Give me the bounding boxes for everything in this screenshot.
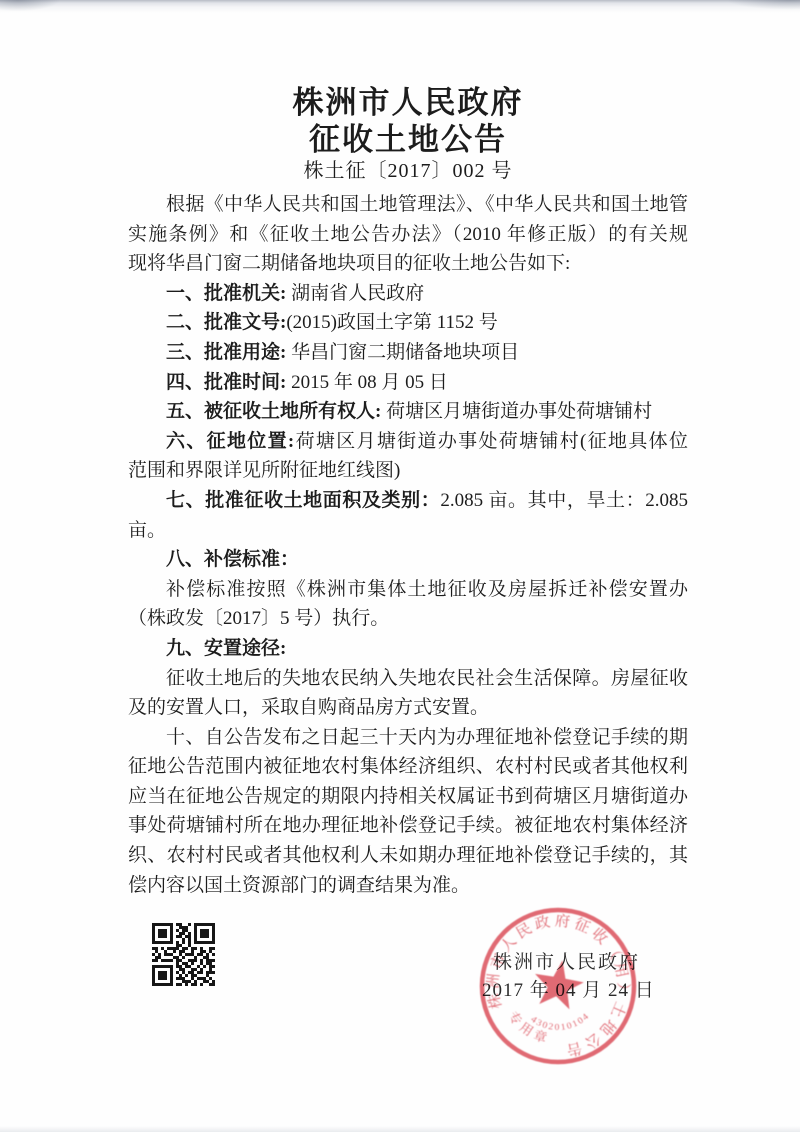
item-label: 二、批准文号: [166, 312, 286, 333]
line-text: 根据《中华人民共和国土地管理法》、《中华人民共和国土地管理 [128, 194, 688, 220]
qr-module [212, 983, 215, 986]
scanned-document-page: 株洲市人民政府 征收土地公告 株土征〔2017〕002 号 根据《中华人民共和国… [0, 0, 800, 1132]
body-line: 根据《中华人民共和国土地管理法》、《中华人民共和国土地管理 [128, 190, 688, 220]
item-value: 2.085 亩。其中，旱土：2.085 [440, 490, 688, 511]
line-text: （株政发〔2017〕5 号）执行。 [128, 608, 389, 629]
line-text: 应当在征地公告规定的期限内持相关权属证书到荷塘区月塘街道办 [128, 786, 688, 807]
body-line-item-7: 七、批准征收土地面积及类别：2.085 亩。其中，旱土：2.085 [128, 486, 688, 516]
line-text: 偿内容以国土资源部门的调查结果为准。 [128, 875, 470, 896]
document-title-line1: 株洲市人民政府 [128, 84, 688, 121]
item-label: 四、批准时间: [166, 372, 286, 393]
body-line: （株政发〔2017〕5 号）执行。 [128, 604, 688, 634]
body-line: 应当在征地公告规定的期限内持相关权属证书到荷塘区月塘街道办 [128, 782, 688, 812]
body-line-item-10: 十、自公告发布之日起三十天内为办理征地补偿登记手续的期限。 [128, 723, 688, 753]
body-line: 亩。 [128, 516, 688, 546]
item-value: 荷塘区月塘街道办事处荷塘铺村 [381, 401, 652, 422]
body-line-item-2: 二、批准文号:(2015)政国土字第 1152 号 [128, 308, 688, 338]
scan-edge-artifact-bottom [0, 1126, 800, 1132]
document-title-line2: 征收土地公告 [128, 121, 688, 158]
line-text: 事处荷塘铺村所在地办理征地补偿登记手续。被征地农村集体经济组 [128, 815, 688, 841]
document-number: 株土征〔2017〕002 号 [128, 158, 688, 184]
line-text: 十、自公告发布之日起三十天内为办理征地补偿登记手续的期限。 [128, 727, 688, 753]
body-line: 现将华昌门窗二期储备地块项目的征收土地公告如下: [128, 249, 688, 279]
line-text: 亩。 [128, 520, 166, 541]
qr-code [152, 923, 215, 986]
body-line-item-5: 五、被征收土地所有权人: 荷塘区月塘街道办事处荷塘铺村 [128, 397, 688, 427]
seal-star-icon [530, 956, 587, 1011]
document-body: 根据《中华人民共和国土地管理法》、《中华人民共和国土地管理 实施条例》和《征收土… [128, 190, 688, 900]
body-line: 事处荷塘铺村所在地办理征地补偿登记手续。被征地农村集体经济组 [128, 811, 688, 841]
item-value: 华昌门窗二期储备地块项目 [286, 342, 519, 363]
body-line: 实施条例》和《征收土地公告办法》（2010 年修正版）的有关规定， [128, 220, 688, 250]
line-text: 范围和界限详见所附征地红线图) [128, 460, 400, 481]
line-text: 现将华昌门窗二期储备地块项目的征收土地公告如下: [128, 253, 570, 274]
body-line-item-4: 四、批准时间: 2015 年 08 月 05 日 [128, 368, 688, 398]
line-text: 实施条例》和《征收土地公告办法》（2010 年修正版）的有关规定， [128, 224, 688, 250]
line-text: 织、农村村民或者其他权利人未如期办理征地补偿登记手续的，其补 [128, 845, 688, 871]
item-label: 七、批准征收土地面积及类别： [166, 490, 440, 511]
body-line: 征收土地后的失地农民纳入失地农民社会生活保障。房屋征收涉 [128, 664, 688, 694]
body-line: 偿内容以国土资源部门的调查结果为准。 [128, 871, 688, 901]
item-label: 五、被征收土地所有权人: [166, 401, 381, 422]
body-line-item-8: 八、补偿标准： [128, 545, 688, 575]
item-label: 六、征地位置: [166, 431, 294, 452]
body-line: 及的安置人口，采取自购商品房方式安置。 [128, 693, 688, 723]
body-line-item-3: 三、批准用途: 华昌门窗二期储备地块项目 [128, 338, 688, 368]
line-text: 补偿标准按照《株洲市集体土地征收及房屋拆迁补偿安置办法》 [128, 579, 688, 605]
body-line-item-9: 九、安置途径: [128, 634, 688, 664]
item-label: 三、批准用途: [166, 342, 286, 363]
document-header: 株洲市人民政府 征收土地公告 株土征〔2017〕002 号 [128, 84, 688, 184]
item-label: 九、安置途径: [166, 638, 286, 659]
body-line: 织、农村村民或者其他权利人未如期办理征地补偿登记手续的，其补 [128, 841, 688, 871]
line-text: 及的安置人口，采取自购商品房方式安置。 [128, 697, 489, 718]
document-content: 株洲市人民政府 征收土地公告 株土征〔2017〕002 号 根据《中华人民共和国… [128, 0, 688, 900]
item-value: (2015)政国土字第 1152 号 [286, 312, 497, 333]
body-line-item-6: 六、征地位置:荷塘区月塘街道办事处荷塘铺村(征地具体位置、 [128, 427, 688, 457]
item-label: 一、批准机关: [166, 283, 286, 304]
item-label: 八、补偿标准： [166, 549, 299, 570]
line-text: 征地公告范围内被征地农村集体经济组织、农村村民或者其他权利人 [128, 756, 688, 782]
body-line: 征地公告范围内被征地农村集体经济组织、农村村民或者其他权利人 [128, 752, 688, 782]
body-line-item-1: 一、批准机关: 湖南省人民政府 [128, 279, 688, 309]
item-value: 湖南省人民政府 [286, 283, 424, 304]
body-line: 补偿标准按照《株洲市集体土地征收及房屋拆迁补偿安置办法》 [128, 575, 688, 605]
official-seal: 株洲市人民政府征收（用）土地公告 专用章 43020101047 [478, 906, 638, 1066]
line-text: 征收土地后的失地农民纳入失地农民社会生活保障。房屋征收涉 [128, 668, 688, 694]
item-value: 2015 年 08 月 05 日 [286, 372, 448, 393]
body-line: 范围和界限详见所附征地红线图) [128, 456, 688, 486]
